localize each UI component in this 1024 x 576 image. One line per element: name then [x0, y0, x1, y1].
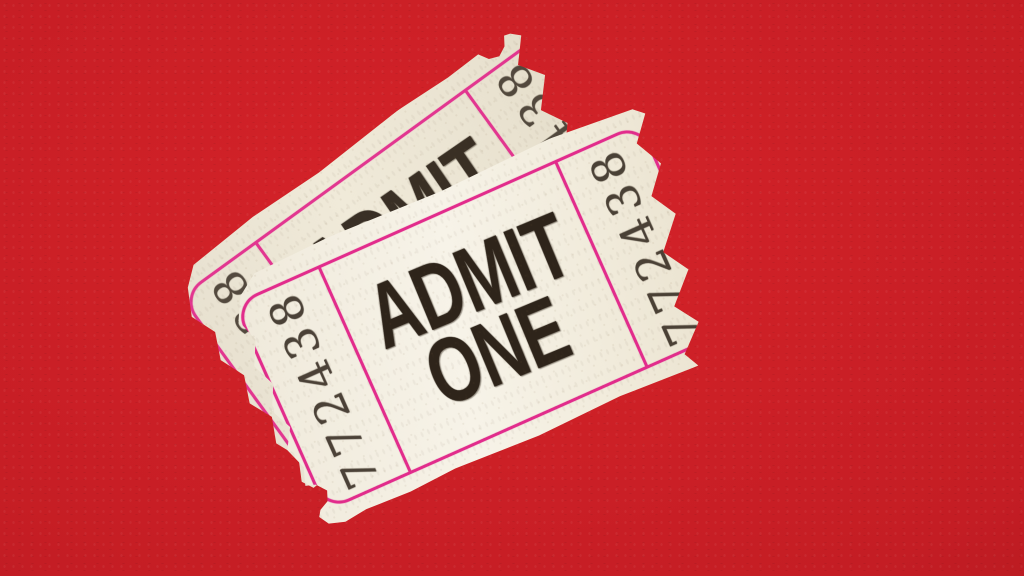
- photo-stage: 772438 772438 ADMIT ONE 772438 772438 AD…: [0, 0, 1024, 576]
